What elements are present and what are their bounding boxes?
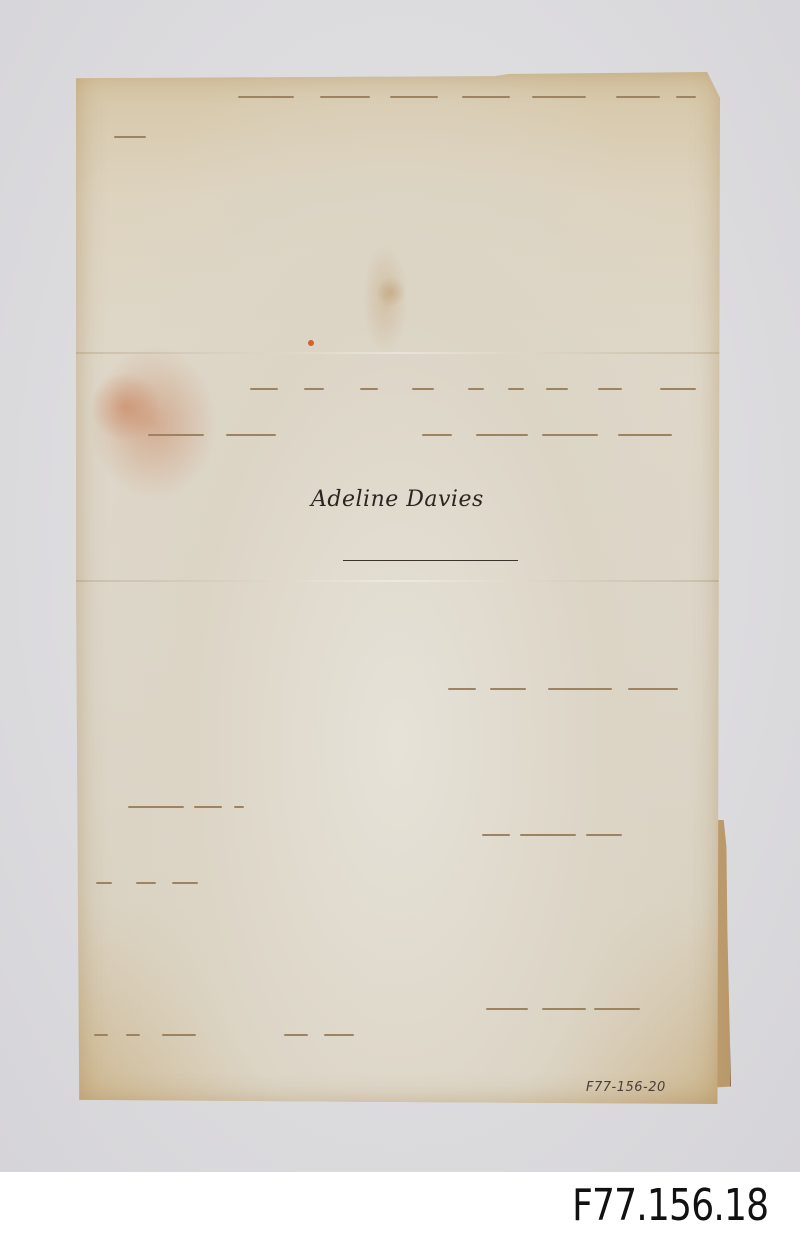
pencil-inscription: F77-156-20 <box>586 1080 666 1095</box>
stitch-row <box>76 882 720 884</box>
catalog-number: F77.156.18 <box>572 1178 768 1234</box>
rust-spot <box>308 340 314 346</box>
document-sheet: Adeline Davies F77-156-20 <box>76 72 720 1104</box>
rust-stain <box>90 372 160 442</box>
stitch-row <box>76 834 720 836</box>
handwritten-name: Adeline Davies <box>311 487 484 512</box>
fold-crease <box>76 352 720 354</box>
stitch-row <box>76 1008 720 1010</box>
stitch-row <box>76 96 720 98</box>
water-stain <box>376 277 406 307</box>
name-underline <box>343 560 518 561</box>
stitch-row <box>76 1034 720 1036</box>
stitch-row <box>76 136 720 138</box>
stitch-row <box>76 806 720 808</box>
fold-crease <box>76 580 720 582</box>
stitch-row <box>76 688 720 690</box>
stitch-row <box>76 434 720 436</box>
stitch-row <box>76 388 720 390</box>
